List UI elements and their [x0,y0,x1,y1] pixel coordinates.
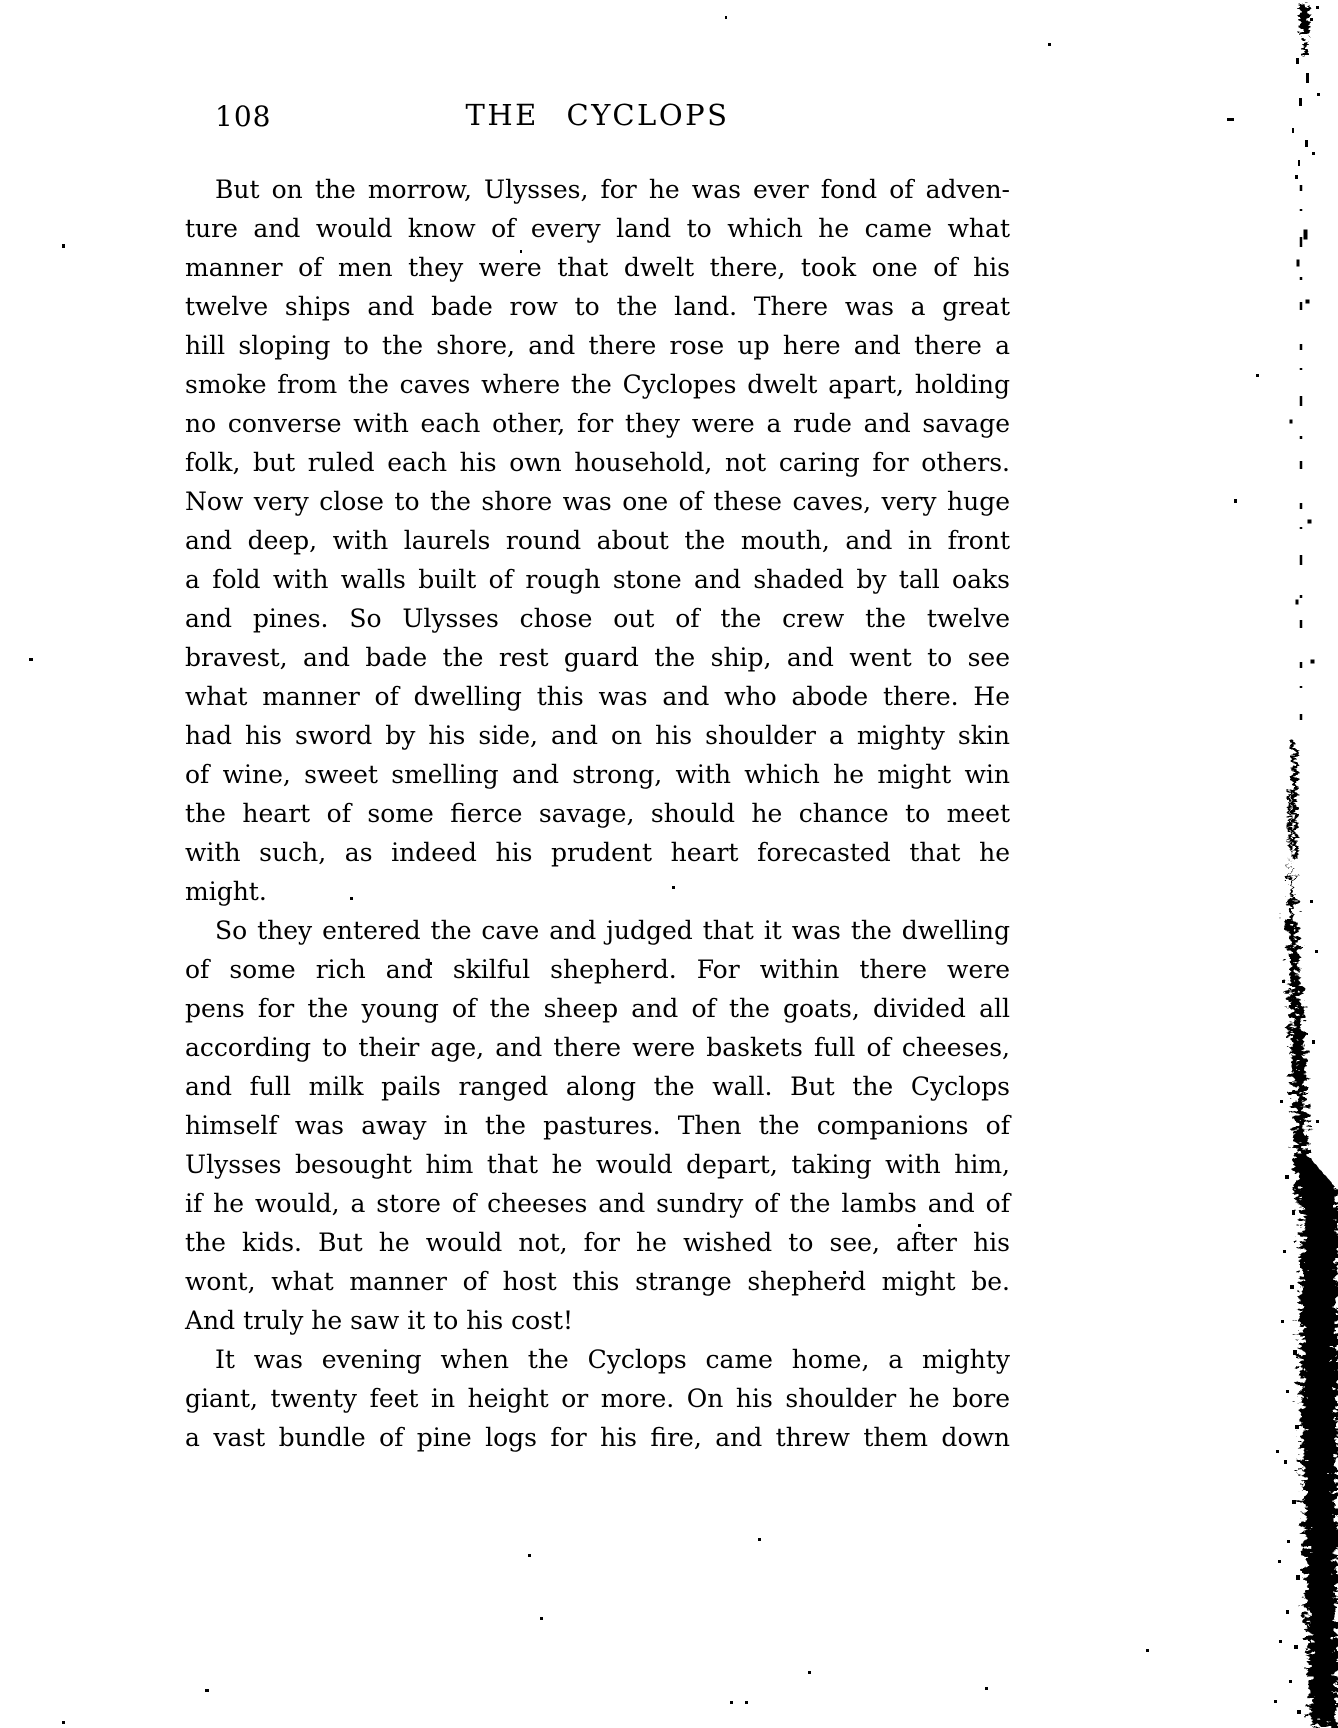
page-number: 108 [215,100,271,133]
text-line: a fold with walls built of rough stone a… [185,560,1010,599]
text-line: folk, but ruled each his own household, … [185,443,1010,482]
text-line: if he would, a store of cheeses and sund… [185,1184,1010,1223]
text-line: what manner of dwelling this was and who… [185,677,1010,716]
text-line: Now very close to the shore was one of t… [185,482,1010,521]
scan-artifact-corner-band [1301,1150,1338,1728]
book-page-scan: 108 THE CYCLOPS But on the morrow, Ulyss… [0,0,1338,1728]
text-line: It was evening when the Cyclops came hom… [185,1340,1010,1379]
text-line: pens for the young of the sheep and of t… [185,989,1010,1028]
paragraph: But on the morrow, Ulysses, for he was e… [185,170,1010,911]
text-line: with such, as indeed his prudent heart f… [185,833,1010,872]
text-line: ture and would know of every land to whi… [185,209,1010,248]
text-line: But on the morrow, Ulysses, for he was e… [185,170,1010,209]
text-line: no converse with each other, for they we… [185,404,1010,443]
paragraph: So they entered the cave and judged that… [185,911,1010,1340]
text-line: of wine, sweet smelling and strong, with… [185,755,1010,794]
text-line: according to their age, and there were b… [185,1028,1010,1067]
text-line: hill sloping to the shore, and there ros… [185,326,1010,365]
text-line: himself was away in the pastures. Then t… [185,1106,1010,1145]
text-line: the heart of some fierce savage, should … [185,794,1010,833]
text-line: And truly he saw it to his cost! [185,1301,1010,1340]
text-line: smoke from the caves where the Cyclopes … [185,365,1010,404]
text-line: giant, twenty feet in height or more. On… [185,1379,1010,1418]
text-line: Ulysses besought him that he would depar… [185,1145,1010,1184]
paragraph: It was evening when the Cyclops came hom… [185,1340,1010,1457]
scan-artifact-dotted-streak [1290,185,1314,720]
scan-artifact-corner-fringe [1274,1175,1301,1714]
body-text: But on the morrow, Ulysses, for he was e… [185,170,1010,1457]
text-line: and full milk pails ranged along the wal… [185,1067,1010,1106]
text-line: wont, what manner of host this strange s… [185,1262,1010,1301]
text-line: a vast bundle of pine logs for his fire,… [185,1418,1010,1457]
text-line: and pines. So Ulysses chose out of the c… [185,599,1010,638]
text-line: the kids. But he would not, for he wishe… [185,1223,1010,1262]
text-line: manner of men they were that dwelt there… [185,248,1010,287]
scan-artifact-top-cluster [1292,4,1320,179]
text-line: had his sword by his side, and on his sh… [185,716,1010,755]
page-header: 108 THE CYCLOPS [185,96,1010,138]
page-title: THE CYCLOPS [466,98,730,132]
text-line: and deep, with laurels round about the m… [185,521,1010,560]
text-line: twelve ships and bade row to the land. T… [185,287,1010,326]
text-line: bravest, and bade the rest guard the shi… [185,638,1010,677]
scan-artifact-mid-bar [1288,743,1297,858]
text-line: of some rich and skilful shepherd. For w… [185,950,1010,989]
scan-artifact-diagonal-band [1288,860,1310,1205]
text-line: might. [185,872,1010,911]
text-line: So they entered the cave and judged that… [185,911,1010,950]
